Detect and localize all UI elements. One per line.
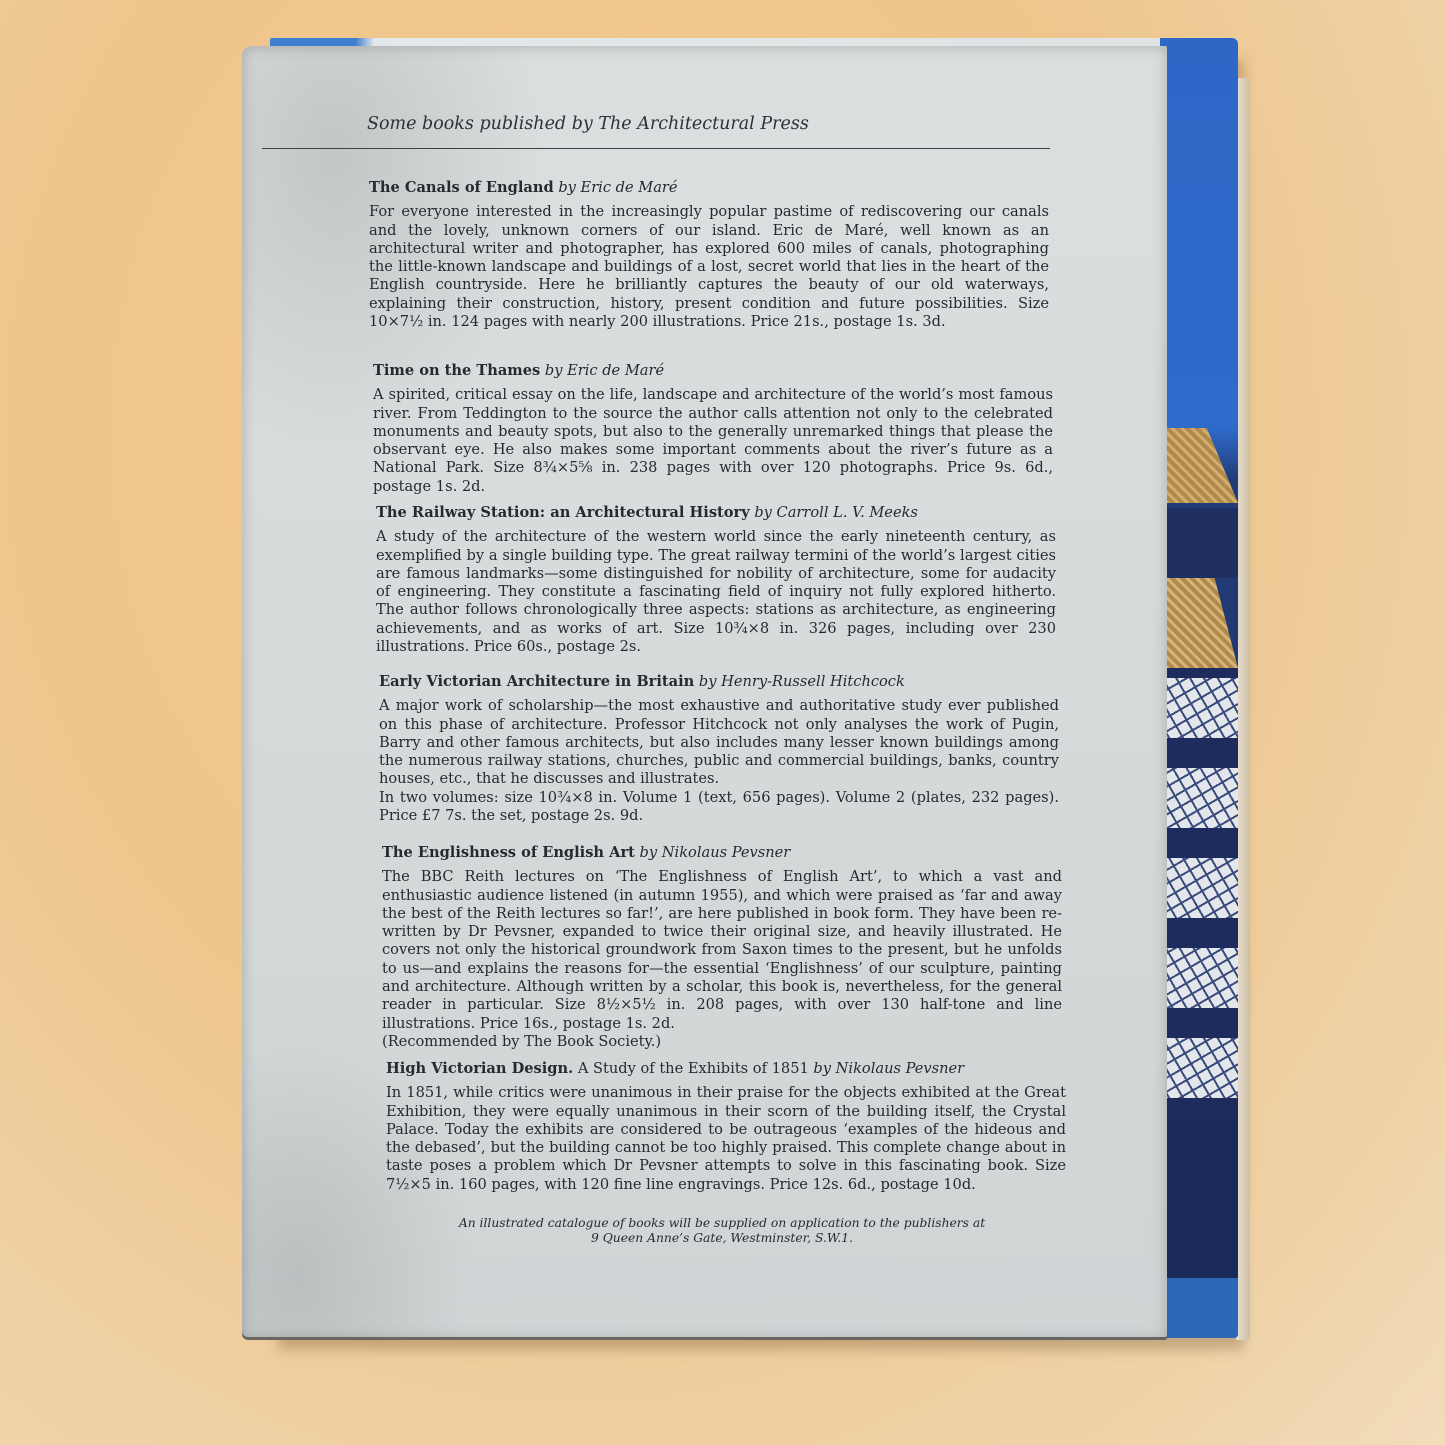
book-description: A major work of scholarship—the most exh… (379, 697, 1059, 825)
book: Some books published by The Architectura… (242, 38, 1250, 1346)
book-description: A study of the architecture of the weste… (376, 528, 1056, 656)
publisher-address: 9 Queen Anne’s Gate, Westminster, S.W.1. (442, 1231, 1002, 1246)
book-title: The Railway Station: an Architectural Hi… (376, 504, 750, 521)
book-author: by Eric de Maré (545, 362, 664, 379)
catalogue-note-line: An illustrated catalogue of books will b… (442, 1216, 1002, 1231)
spine-art-band (1160, 1118, 1238, 1278)
book-author: by Nikolaus Pevsner (813, 1060, 964, 1077)
book-entry: The Railway Station: an Architectural Hi… (376, 504, 1056, 656)
spine-art-band (1160, 508, 1238, 578)
book-description: For everyone interested in the increasin… (369, 203, 1049, 331)
book-entry: High Victorian Design. A Study of the Ex… (386, 1060, 1066, 1194)
jacket-spine-artwork (1160, 38, 1238, 1338)
book-description: In 1851, while critics were unanimous in… (386, 1084, 1066, 1194)
cover-header: Some books published by The Architectura… (367, 114, 1047, 134)
book-entry: Time on the Thames by Eric de Maré A spi… (373, 362, 1053, 496)
book-entry: The Canals of England by Eric de Maré Fo… (369, 179, 1049, 331)
spine-art-band (1160, 578, 1238, 668)
book-subtitle: A Study of the Exhibits of 1851 (573, 1060, 809, 1077)
spine-art-band (1160, 428, 1238, 503)
book-entry: Early Victorian Architecture in Britain … (379, 673, 1059, 825)
book-description: The BBC Reith lectures on ‘The Englishne… (382, 868, 1062, 1051)
book-author: by Henry-Russell Hitchcock (699, 673, 905, 690)
book-title: The Englishness of English Art (382, 844, 635, 861)
book-title: Time on the Thames (373, 362, 540, 379)
spine-art-band (1160, 1278, 1238, 1338)
back-cover: Some books published by The Architectura… (242, 46, 1167, 1340)
book-description: A spirited, critical essay on the life, … (373, 386, 1053, 496)
book-author: by Nikolaus Pevsner (640, 844, 791, 861)
book-author: by Carroll L. V. Meeks (754, 504, 918, 521)
book-title: High Victorian Design. (386, 1060, 573, 1077)
book-author: by Eric de Maré (558, 179, 677, 196)
header-rule (262, 148, 1050, 149)
catalogue-note: An illustrated catalogue of books will b… (442, 1216, 1002, 1246)
book-title: The Canals of England (369, 179, 554, 196)
page-edge (1236, 78, 1250, 1340)
book-entry: The Englishness of English Art by Nikola… (382, 844, 1062, 1051)
book-title: Early Victorian Architecture in Britain (379, 673, 694, 690)
